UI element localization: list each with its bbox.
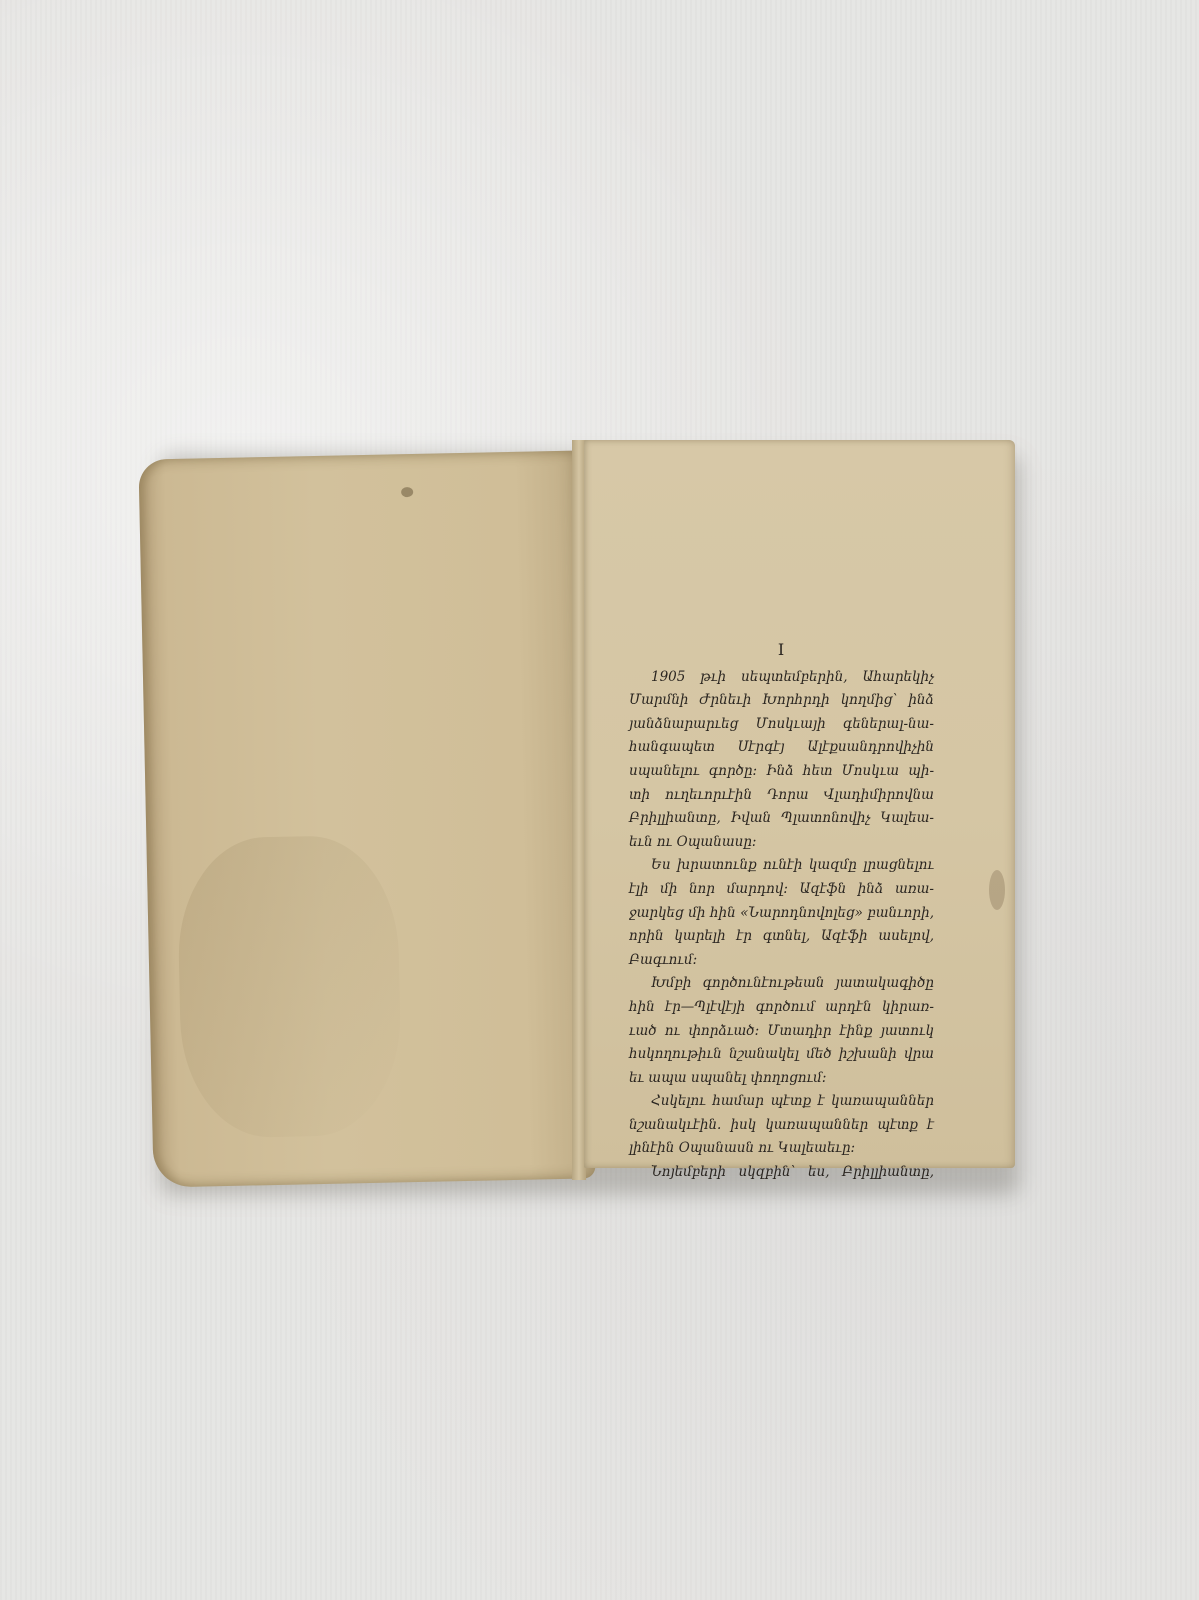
open-book: I 1905 թւի սեպտեմբերին, ԱհարեկիչՄարմնի Ժ… [0,0,1199,1600]
text-lines: 1905 թւի սեպտեմբերին, ԱհարեկիչՄարմնի Ժրն… [629,666,934,1185]
text-line: Խմբի գործունէութեան յատակագիծը [629,972,934,996]
left-page [138,450,595,1187]
page-text: I 1905 թւի սեպտեմբերին, ԱհարեկիչՄարմնի Ժ… [629,638,934,1185]
text-line: սպանելու գործը: Ինձ հետ Մոսկւա պի- [629,760,934,784]
text-line: 1905 թւի սեպտեմբերին, Ահարեկիչ [629,666,934,690]
page-crease [176,834,402,1139]
chapter-number: I [629,638,934,662]
text-line: հին էր—Պլէվէյի գործում արդէն կիրառ- [629,996,934,1020]
text-line: ւած ու փորձւած: Մտադիր էինք յատուկ [629,1020,934,1044]
page-stain [989,870,1005,910]
text-line: տի ուղեւորւէին Դորա Վլադիմիրովնա [629,784,934,808]
text-line: Մարմնի Ժրնեւի Խորհրդի կողմից՝ ինձ [629,689,934,713]
text-line: որին կարելի էր գտնել, Ազէֆի ասելով, [629,925,934,949]
text-line: լինէին Օպանասն ու Կալեաեւը: [629,1137,934,1161]
text-line: հսկողութիւն նշանակել մեծ իշխանի վրա [629,1043,934,1067]
text-line: նշանակւէին. իսկ կառապաններ պէտք է [629,1114,934,1138]
ink-spot [401,487,413,497]
text-line: Հսկելու համար պէտք է կառապաններ [629,1090,934,1114]
text-line: Նոյեմբերի սկզբին՝ ես, Բրիլլիանտը, [629,1161,934,1185]
text-line: եւ ապա սպանել փողոցում: [629,1067,934,1091]
text-line: Ես խրատունք ունէի կազմը լրացնելու [629,854,934,878]
text-line: էլի մի նոր մարդով: Ազէֆն ինձ առա- [629,878,934,902]
text-line: Բրիլլիանտը, Իվան Պլատոնովիչ Կալեա- [629,807,934,831]
right-page: I 1905 թւի սեպտեմբերին, ԱհարեկիչՄարմնի Ժ… [584,440,1015,1168]
text-line: հանգապետ Սէրգէյ Ալէքսանդրովիչին [629,736,934,760]
text-line: Բագւում: [629,949,934,973]
text-line: ջարկեց մի հին «Նարոդնովոլեց» բանւորի, [629,902,934,926]
text-line: եւն ու Օպանասը: [629,831,934,855]
text-line: յանձնարարւեց Մոսկւայի գեներալ-նա- [629,713,934,737]
